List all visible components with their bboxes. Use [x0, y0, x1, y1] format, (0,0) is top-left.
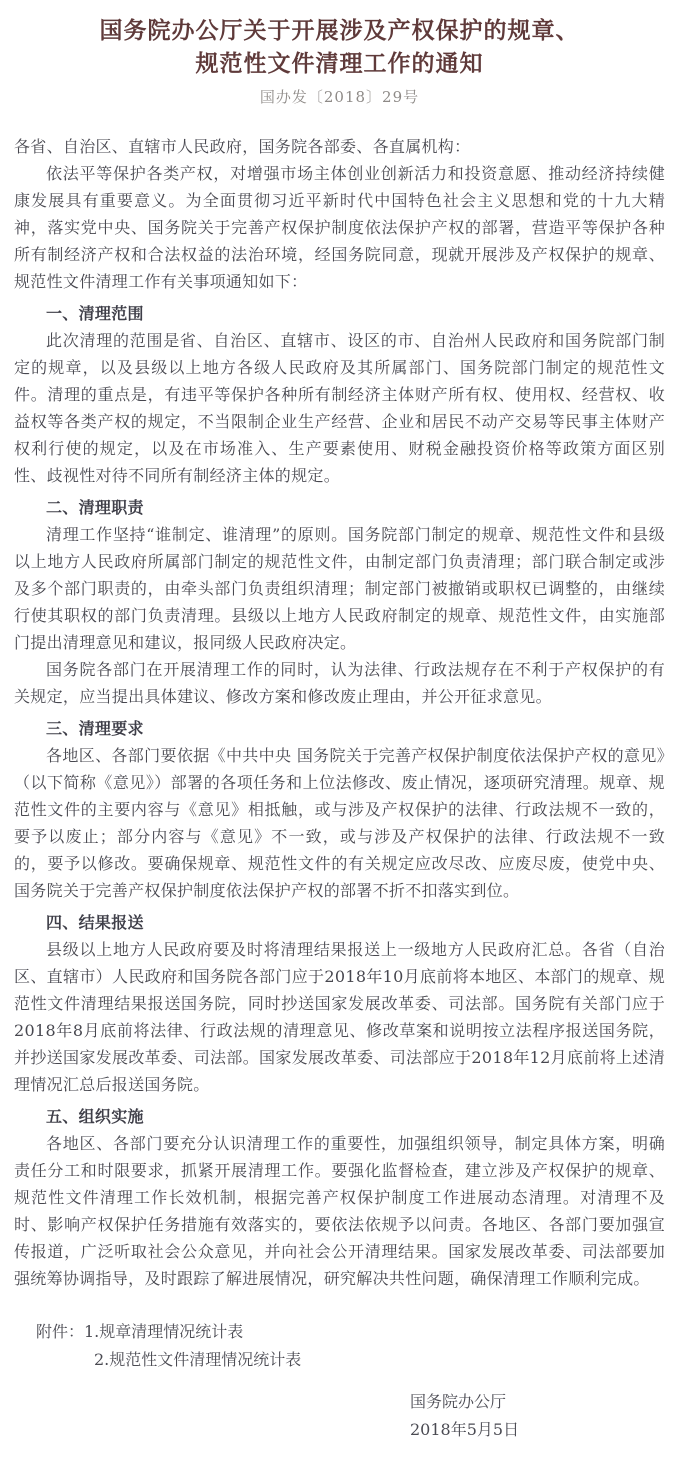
document-number: 国办发〔2018〕29号 [14, 87, 665, 107]
attachment-item-2: 2.规范性文件清理情况统计表 [14, 1346, 665, 1374]
section-2-heading: 二、清理职责 [14, 494, 665, 521]
document-body: 各省、自治区、直辖市人民政府，国务院各部委、各直属机构： 依法平等保护各类产权，… [14, 133, 665, 1292]
section-4-paragraph-1: 县级以上地方人民政府要及时将清理结果报送上一级地方人民政府汇总。各省（自治区、直… [14, 936, 665, 1098]
section-3-heading: 三、清理要求 [14, 715, 665, 742]
section-1-paragraph-1: 此次清理的范围是省、自治区、直辖市、设区的市、自治州人民政府和国务院部门制定的规… [14, 327, 665, 489]
section-1-heading: 一、清理范围 [14, 300, 665, 327]
section-2-paragraph-2: 国务院各部门在开展清理工作的同时，认为法律、行政法规存在不利于产权保护的有关规定… [14, 656, 665, 710]
signature-date: 2018年5月5日 [14, 1416, 665, 1444]
attachments-block: 附件：1.规章清理情况统计表 2.规范性文件清理情况统计表 [14, 1318, 665, 1374]
document-title: 国务院办公厅关于开展涉及产权保护的规章、 规范性文件清理工作的通知 [14, 12, 665, 80]
notice-document: 国务院办公厅关于开展涉及产权保护的规章、 规范性文件清理工作的通知 国办发〔20… [0, 0, 679, 1464]
salutation-line: 各省、自治区、直辖市人民政府，国务院各部委、各直属机构： [14, 133, 665, 160]
section-5-heading: 五、组织实施 [14, 1103, 665, 1130]
attachment-item-1: 附件：1.规章清理情况统计表 [14, 1318, 665, 1346]
document-title-line-1: 国务院办公厅关于开展涉及产权保护的规章、 [14, 14, 665, 47]
section-2-paragraph-1: 清理工作坚持“谁制定、谁清理”的原则。国务院部门制定的规章、规范性文件和县级以上… [14, 521, 665, 656]
intro-paragraph: 依法平等保护各类产权，对增强市场主体创业创新活力和投资意愿、推动经济持续健康发展… [14, 160, 665, 295]
section-4-heading: 四、结果报送 [14, 909, 665, 936]
section-5-paragraph-1: 各地区、各部门要充分认识清理工作的重要性，加强组织领导，制定具体方案，明确责任分… [14, 1130, 665, 1292]
document-title-line-2: 规范性文件清理工作的通知 [14, 47, 665, 80]
section-3-paragraph-1: 各地区、各部门要依据《中共中央 国务院关于完善产权保护制度依法保护产权的意见》（… [14, 742, 665, 904]
signature-issuer: 国务院办公厅 [14, 1388, 665, 1416]
